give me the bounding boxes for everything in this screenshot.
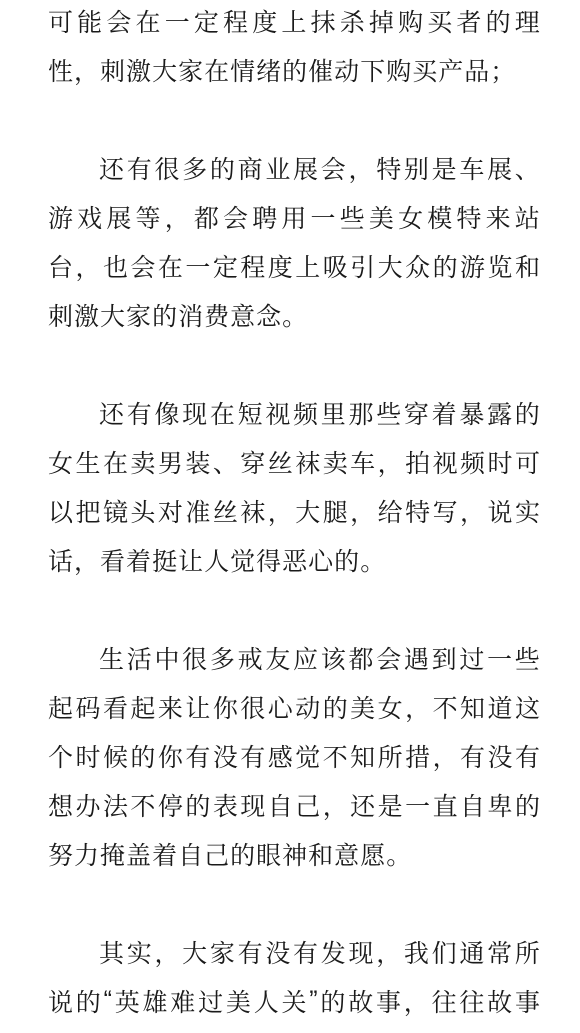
article-line: 话，看着挺让人觉得恶心的。 [48,535,540,584]
paragraph: 生活中很多戒友应该都会遇到过一些起码看起来让你很心动的美女，不知道这个时候的你有… [48,633,540,878]
article-line: 台，也会在一定程度上吸引大众的游览和 [48,241,540,290]
article-line: 起码看起来让你很心动的美女，不知道这 [48,682,540,731]
article-line: 生活中很多戒友应该都会遇到过一些 [48,633,540,682]
paragraph: 还有像现在短视频里那些穿着暴露的女生在卖男装、穿丝袜卖车，拍视频时可以把镜头对准… [48,388,540,584]
article-line: 其实，大家有没有发现，我们通常所 [48,927,540,976]
article-line: 还有很多的商业展会，特别是车展、 [48,143,540,192]
article-line: 以把镜头对准丝袜，大腿，给特写，说实 [48,486,540,535]
article-line: 说的“英雄难过美人关”的故事，往往故事 [48,976,540,1025]
paragraph: 还有很多的商业展会，特别是车展、游戏展等，都会聘用一些美女模特来站台，也会在一定… [48,143,540,339]
article-line: 个时候的你有没有感觉不知所措，有没有 [48,731,540,780]
article-line: 性，刺激大家在情绪的催动下购买产品； [48,45,540,94]
article-line: 可能会在一定程度上抹杀掉购买者的理 [48,0,540,45]
article-line: 游戏展等，都会聘用一些美女模特来站 [48,192,540,241]
article-line: 还有像现在短视频里那些穿着暴露的 [48,388,540,437]
paragraph: 其实，大家有没有发现，我们通常所说的“英雄难过美人关”的故事，往往故事 [48,927,540,1025]
article-line: 努力掩盖着自己的眼神和意愿。 [48,829,540,878]
article-page: 可能会在一定程度上抹杀掉购买者的理性，刺激大家在情绪的催动下购买产品；还有很多的… [0,0,580,1033]
article-line: 想办法不停的表现自己，还是一直自卑的 [48,780,540,829]
article-body: 可能会在一定程度上抹杀掉购买者的理性，刺激大家在情绪的催动下购买产品；还有很多的… [48,0,540,1025]
article-line: 女生在卖男装、穿丝袜卖车，拍视频时可 [48,437,540,486]
paragraph: 可能会在一定程度上抹杀掉购买者的理性，刺激大家在情绪的催动下购买产品； [48,0,540,94]
article-line: 刺激大家的消费意念。 [48,290,540,339]
